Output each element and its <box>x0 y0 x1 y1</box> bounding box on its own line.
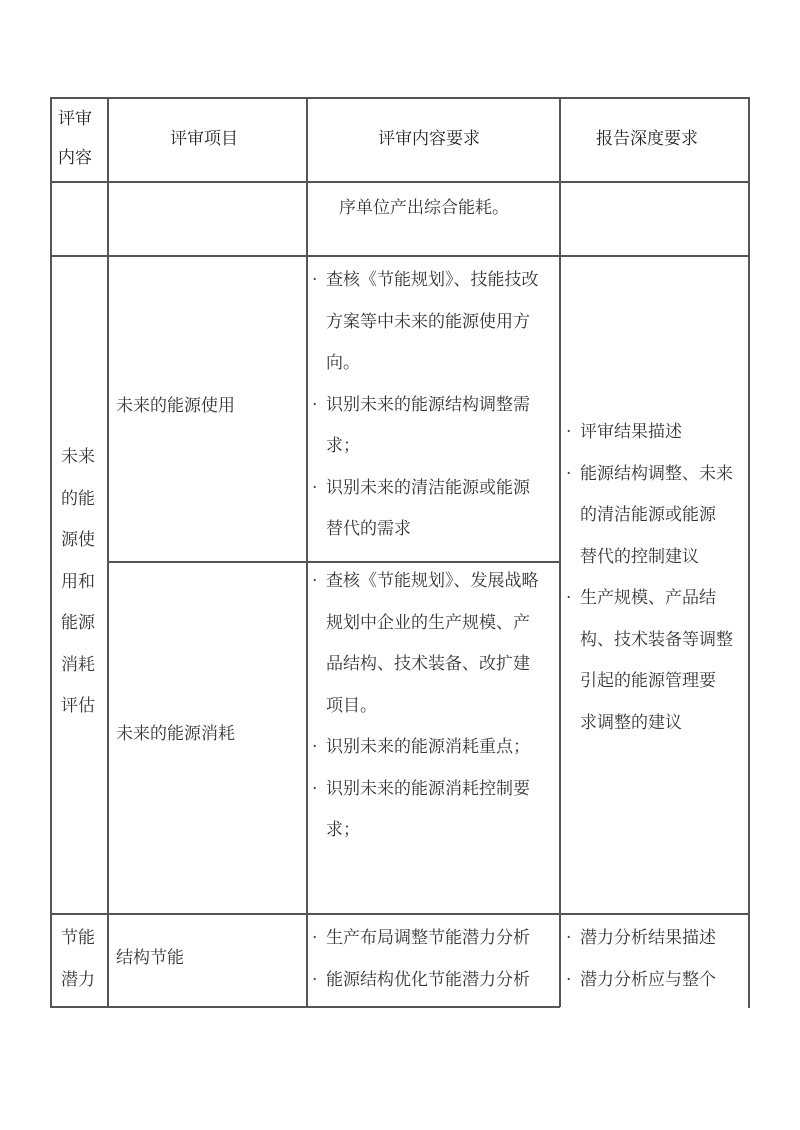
bullet-icon: · <box>312 385 326 427</box>
document-page: 评审 内容 评审项目 评审内容要求 报告深度要求 序单位产出综合能耗。 未来 的… <box>0 0 800 1130</box>
requirement-text: 生产布局调整节能潜力分析 <box>326 928 530 948</box>
requirement-line: 品结构、技术装备、改扩建 <box>312 644 539 686</box>
requirement-text: 规划中企业的生产规模、产 <box>326 613 530 633</box>
bullet-icon: · <box>312 727 326 769</box>
continuation-text: 序单位产出综合能耗。 <box>339 187 509 229</box>
header-row-divider <box>50 181 749 183</box>
requirement-text: 识别未来的能源消耗重点； <box>326 737 530 757</box>
category-line: 消耗 <box>58 645 98 687</box>
category-line: 的能 <box>58 479 98 521</box>
requirement-line: ·查核《节能规划》、发展战略 <box>312 561 539 603</box>
report-depth-section1: ·评审结果描述 ·能源结构调整、未来 的清洁能源或能源 替代的控制建议 ·生产规… <box>566 412 733 744</box>
report-text: 生产规模、产品结 <box>580 588 716 608</box>
requirements-structural-energy-saving: ·生产布局调整节能潜力分析 ·能源结构优化节能潜力分析 <box>312 918 530 1001</box>
report-line: ·潜力分析应与整个 <box>566 960 716 1002</box>
requirement-line: 项目。 <box>312 686 539 728</box>
requirement-line: ·识别未来的能源结构调整需 <box>312 385 539 427</box>
bullet-icon: · <box>312 918 326 960</box>
item-name-future-energy-consumption: 未来的能源消耗 <box>116 713 235 755</box>
table-border-top <box>50 97 749 99</box>
requirement-line: ·生产布局调整节能潜力分析 <box>312 918 530 960</box>
report-line: ·评审结果描述 <box>566 412 733 454</box>
bullet-icon: · <box>566 412 580 454</box>
report-text: 能源结构调整、未来 <box>580 464 733 484</box>
requirement-text: 识别未来的能源结构调整需 <box>326 395 530 415</box>
bullet-icon: · <box>566 960 580 1002</box>
bullet-icon: · <box>566 578 580 620</box>
requirement-text: 求； <box>326 820 360 840</box>
report-text: 潜力分析结果描述 <box>580 928 716 948</box>
item-name-future-energy-use: 未来的能源使用 <box>116 385 235 427</box>
report-line: 的清洁能源或能源 <box>566 495 733 537</box>
requirement-text: 查核《节能规划》、发展战略 <box>326 571 539 591</box>
bullet-icon: · <box>312 260 326 302</box>
requirement-text: 能源结构优化节能潜力分析 <box>326 970 530 990</box>
table-border-bottom <box>50 1006 560 1008</box>
header-col1-line1: 评审 <box>58 98 92 140</box>
report-text: 潜力分析应与整个 <box>580 970 716 990</box>
requirement-text: 求； <box>326 436 360 456</box>
category-line: 用和 <box>58 562 98 604</box>
report-text: 求调整的建议 <box>580 713 682 733</box>
table-border-left <box>50 97 52 1007</box>
report-text: 引起的能源管理要 <box>580 671 716 691</box>
bullet-icon: · <box>566 454 580 496</box>
requirement-line: 求； <box>312 426 539 468</box>
report-depth-section2: ·潜力分析结果描述 ·潜力分析应与整个 <box>566 918 716 1001</box>
requirement-line: 替代的需求 <box>312 509 539 551</box>
header-col3: 评审内容要求 <box>378 118 480 160</box>
requirement-text: 品结构、技术装备、改扩建 <box>326 654 530 674</box>
category-line: 未来 <box>58 437 98 479</box>
header-col1-line2: 内容 <box>58 137 92 179</box>
col-divider-1 <box>107 97 109 1007</box>
requirement-line: 规划中企业的生产规模、产 <box>312 603 539 645</box>
report-line: 求调整的建议 <box>566 703 733 745</box>
category-line: 评估 <box>58 686 98 728</box>
category-line: 源使 <box>58 520 98 562</box>
requirement-text: 方案等中未来的能源使用方 <box>326 312 530 332</box>
report-line: 引起的能源管理要 <box>566 661 733 703</box>
requirement-text: 识别未来的清洁能源或能源 <box>326 478 530 498</box>
bullet-icon: · <box>312 960 326 1002</box>
category-line: 潜力 <box>58 960 98 1002</box>
requirements-future-energy-use: ·查核《节能规划》、技能技改 方案等中未来的能源使用方 向。 ·识别未来的能源结… <box>312 260 539 551</box>
report-text: 评审结果描述 <box>580 422 682 442</box>
bullet-icon: · <box>312 561 326 603</box>
table-border-right <box>748 97 750 1008</box>
report-text: 构、技术装备等调整 <box>580 630 733 650</box>
requirements-future-energy-consumption: ·查核《节能规划》、发展战略 规划中企业的生产规模、产 品结构、技术装备、改扩建… <box>312 561 539 852</box>
header-col4: 报告深度要求 <box>596 118 698 160</box>
requirement-line: ·查核《节能规划》、技能技改 <box>312 260 539 302</box>
row-divider-1 <box>50 255 749 257</box>
requirement-text: 查核《节能规划》、技能技改 <box>326 270 539 290</box>
col-divider-2 <box>306 97 308 1007</box>
report-line: 替代的控制建议 <box>566 537 733 579</box>
section2-category: 节能 潜力 <box>58 918 98 1001</box>
report-text: 替代的控制建议 <box>580 547 699 567</box>
report-text: 的清洁能源或能源 <box>580 505 716 525</box>
category-line: 能源 <box>58 603 98 645</box>
requirement-text: 替代的需求 <box>326 519 411 539</box>
requirement-line: 向。 <box>312 343 539 385</box>
requirement-text: 项目。 <box>326 696 377 716</box>
requirement-line: ·能源结构优化节能潜力分析 <box>312 960 530 1002</box>
bullet-icon: · <box>312 468 326 510</box>
bullet-icon: · <box>312 769 326 811</box>
requirement-line: 方案等中未来的能源使用方 <box>312 302 539 344</box>
item-name-structural-energy-saving: 结构节能 <box>116 937 184 979</box>
requirement-line: ·识别未来的能源消耗控制要 <box>312 769 539 811</box>
requirement-line: ·识别未来的能源消耗重点； <box>312 727 539 769</box>
row-divider-2 <box>50 913 749 915</box>
report-line: ·能源结构调整、未来 <box>566 454 733 496</box>
report-line: ·生产规模、产品结 <box>566 578 733 620</box>
report-line: ·潜力分析结果描述 <box>566 918 716 960</box>
requirement-line: 求； <box>312 810 539 852</box>
requirement-text: 向。 <box>326 353 360 373</box>
requirement-line: ·识别未来的清洁能源或能源 <box>312 468 539 510</box>
report-line: 构、技术装备等调整 <box>566 620 733 662</box>
bullet-icon: · <box>566 918 580 960</box>
col-divider-3 <box>559 97 561 1007</box>
requirement-text: 识别未来的能源消耗控制要 <box>326 779 530 799</box>
category-line: 节能 <box>58 918 98 960</box>
section1-category: 未来 的能 源使 用和 能源 消耗 评估 <box>58 437 98 728</box>
header-col2: 评审项目 <box>170 118 238 160</box>
